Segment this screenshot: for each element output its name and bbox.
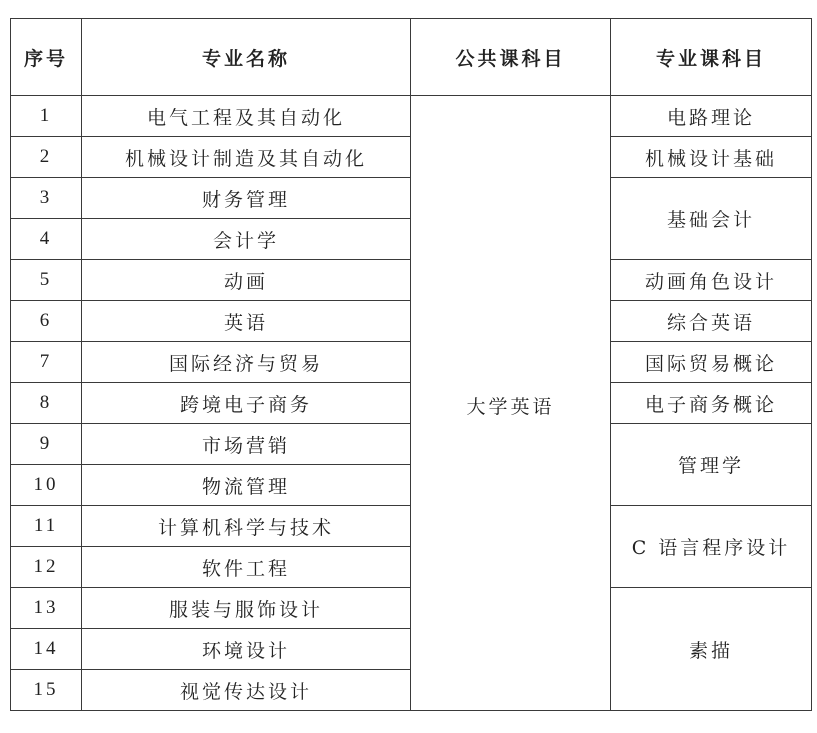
major-name: 国际经济与贸易 [82, 342, 411, 383]
row-no: 15 [11, 670, 82, 711]
professional-course: 机械设计基础 [611, 137, 812, 178]
row-no: 9 [11, 424, 82, 465]
row-no: 8 [11, 383, 82, 424]
header-public-course: 公共课科目 [411, 19, 611, 96]
row-no: 3 [11, 178, 82, 219]
professional-course: 动画角色设计 [611, 260, 812, 301]
row-no: 10 [11, 465, 82, 506]
header-no: 序号 [11, 19, 82, 96]
row-no: 6 [11, 301, 82, 342]
table-row: 1 电气工程及其自动化 大学英语 电路理论 [11, 96, 812, 137]
row-no: 1 [11, 96, 82, 137]
row-no: 12 [11, 547, 82, 588]
majors-exam-table: 序号 专业名称 公共课科目 专业课科目 1 电气工程及其自动化 大学英语 电路理… [10, 18, 812, 711]
row-no: 2 [11, 137, 82, 178]
major-name: 财务管理 [82, 178, 411, 219]
major-name: 电气工程及其自动化 [82, 96, 411, 137]
professional-course: 电子商务概论 [611, 383, 812, 424]
major-name: 市场营销 [82, 424, 411, 465]
public-course-cell: 大学英语 [411, 96, 611, 711]
row-no: 5 [11, 260, 82, 301]
professional-course: 国际贸易概论 [611, 342, 812, 383]
major-name: 动画 [82, 260, 411, 301]
row-no: 13 [11, 588, 82, 629]
header-row: 序号 专业名称 公共课科目 专业课科目 [11, 19, 812, 96]
professional-course: C 语言程序设计 [611, 506, 812, 588]
major-name: 英语 [82, 301, 411, 342]
row-no: 11 [11, 506, 82, 547]
professional-course: 基础会计 [611, 178, 812, 260]
major-name: 环境设计 [82, 629, 411, 670]
public-course: 大学英语 [466, 396, 554, 418]
major-name: 跨境电子商务 [82, 383, 411, 424]
professional-course: 管理学 [611, 424, 812, 506]
row-no: 14 [11, 629, 82, 670]
major-name: 视觉传达设计 [82, 670, 411, 711]
row-no: 7 [11, 342, 82, 383]
major-name: 服装与服饰设计 [82, 588, 411, 629]
major-name: 计算机科学与技术 [82, 506, 411, 547]
major-name: 软件工程 [82, 547, 411, 588]
major-name: 机械设计制造及其自动化 [82, 137, 411, 178]
professional-course: 素描 [611, 588, 812, 711]
major-name: 物流管理 [82, 465, 411, 506]
header-major: 专业名称 [82, 19, 411, 96]
professional-course: 电路理论 [611, 96, 812, 137]
major-name: 会计学 [82, 219, 411, 260]
row-no: 4 [11, 219, 82, 260]
header-professional-course: 专业课科目 [611, 19, 812, 96]
professional-course: 综合英语 [611, 301, 812, 342]
